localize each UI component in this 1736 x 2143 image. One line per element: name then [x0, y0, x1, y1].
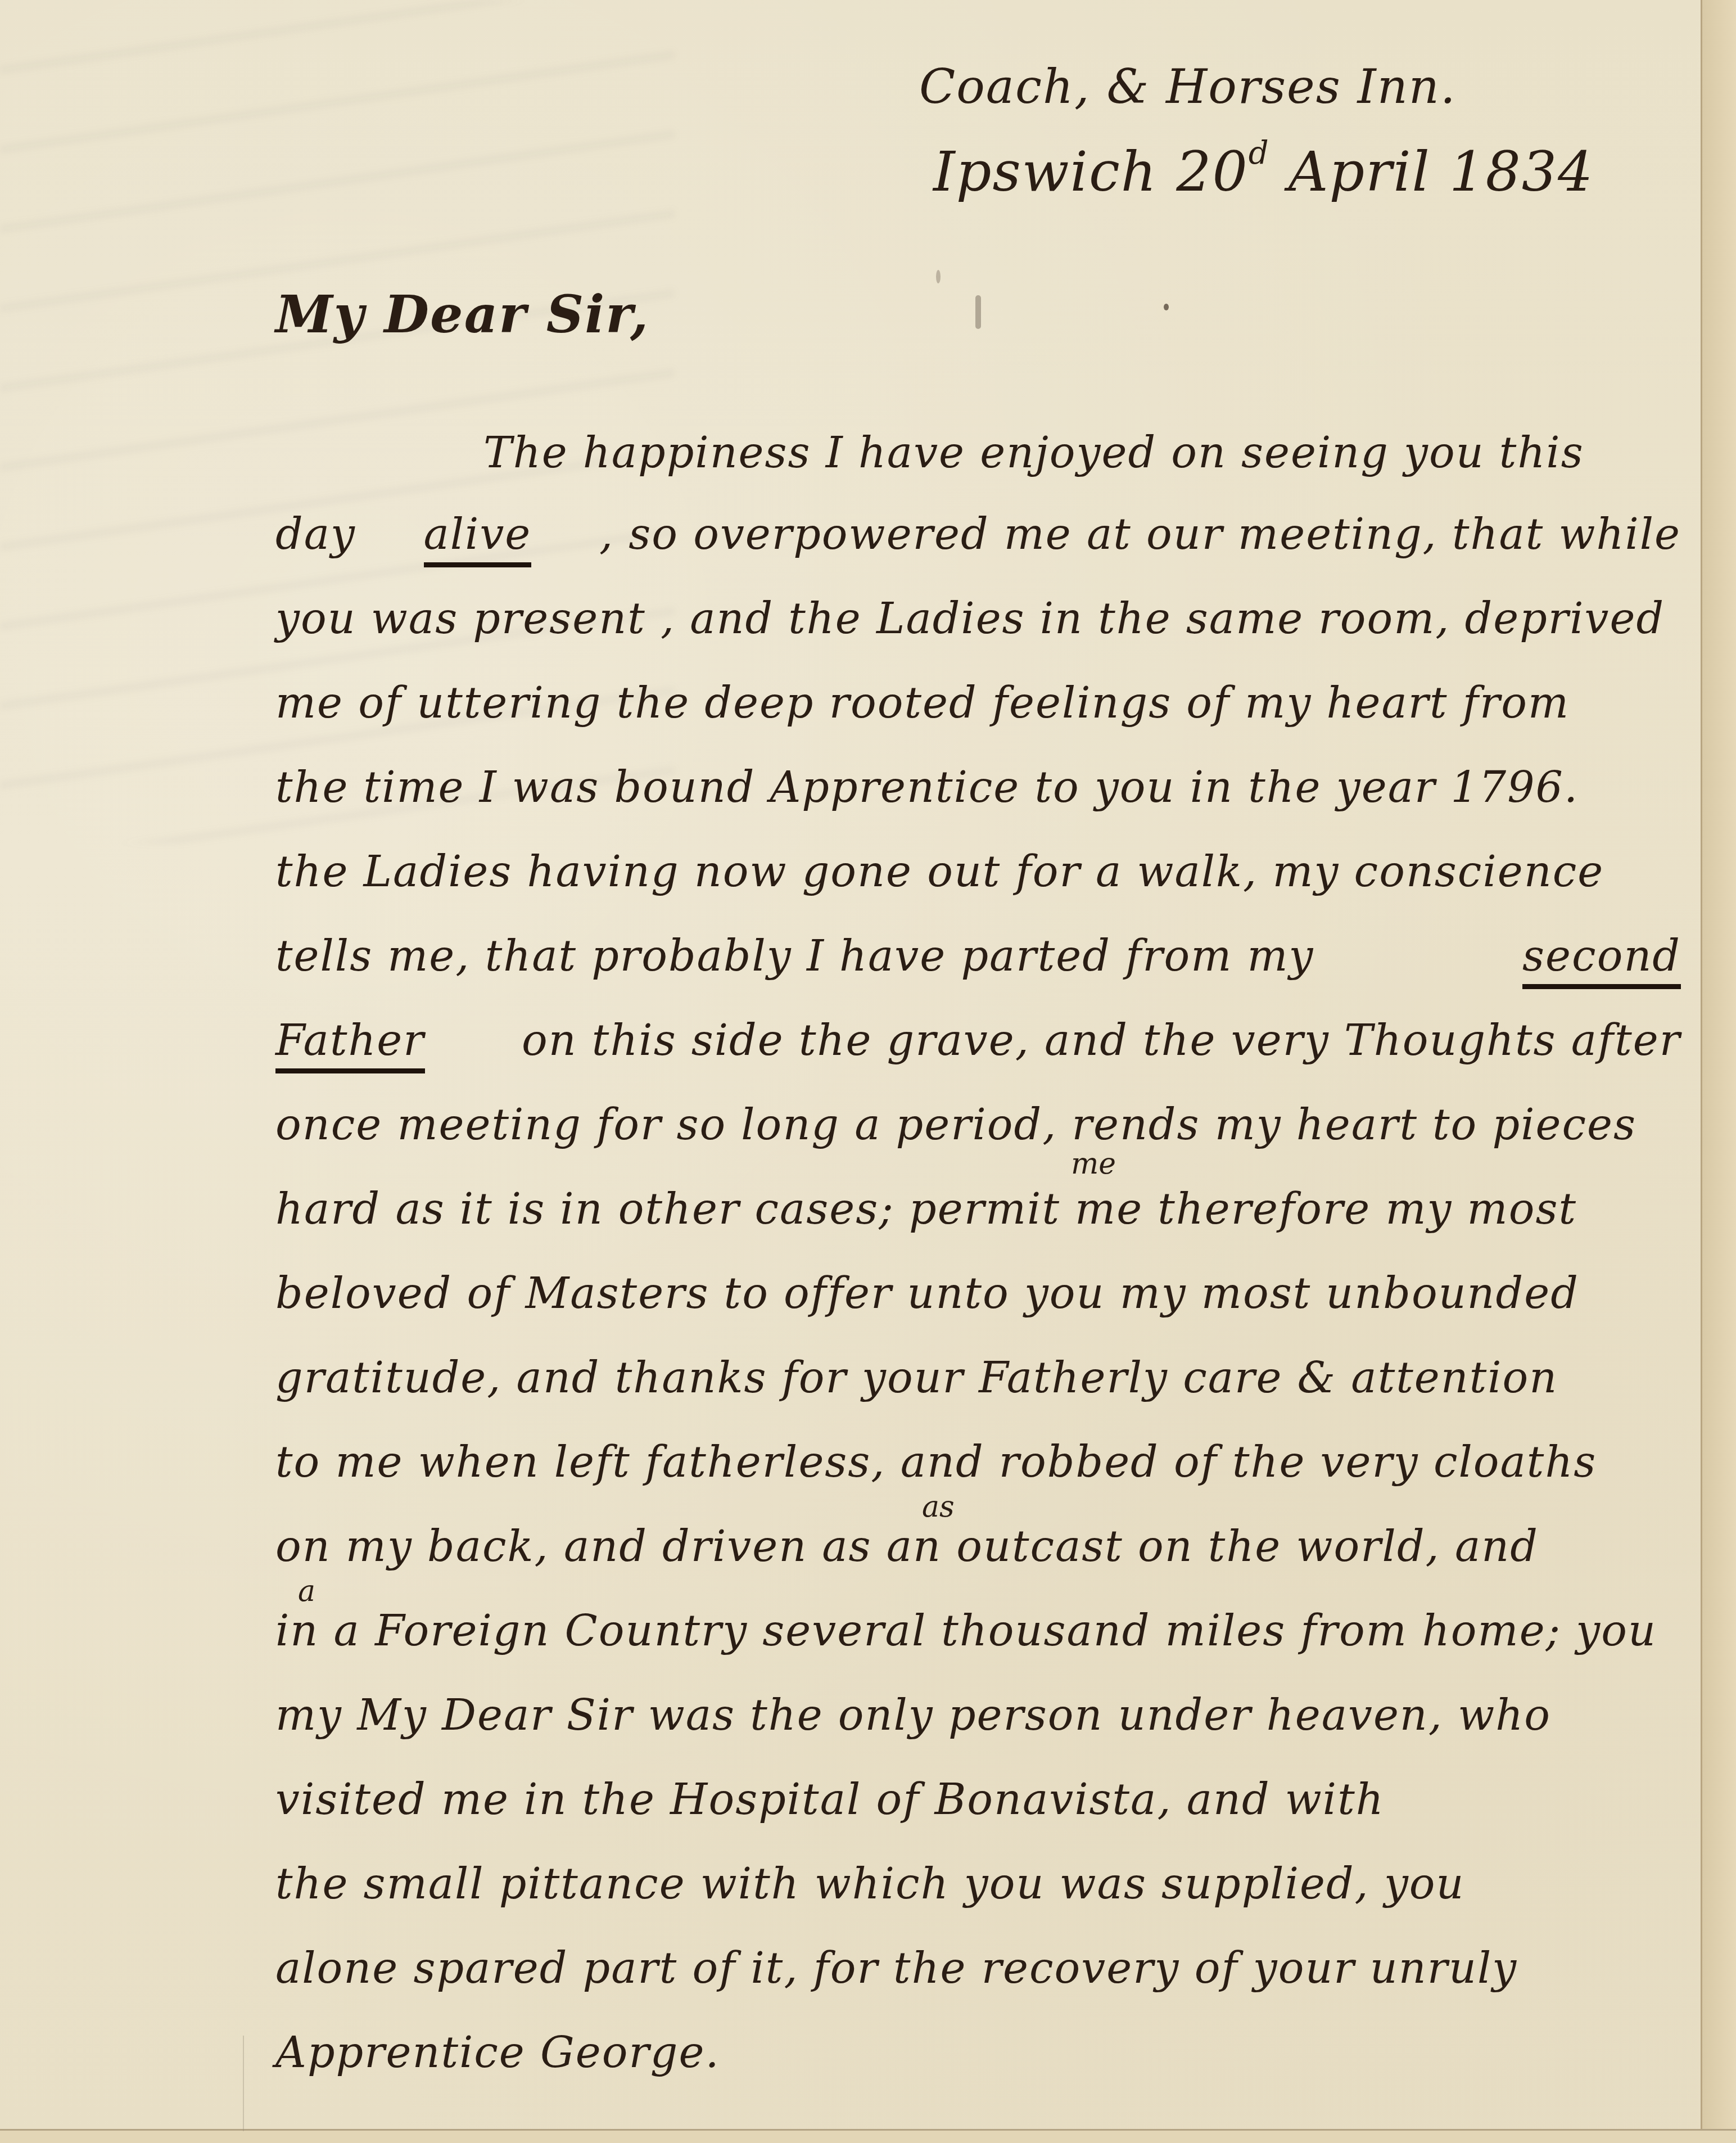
dateline-day: 20 [1176, 140, 1249, 204]
dateline-month: April [1289, 140, 1431, 204]
interlinear-insertion-me: me [1071, 1147, 1116, 1181]
fold-crease [243, 2036, 244, 2131]
letter-dateline: Ipswich 20d April 1834 [933, 135, 1594, 204]
letter-line-13: to me when left fatherless, and robbed o… [275, 1437, 1681, 1487]
letter-line-5: the time I was bound Apprentice to you i… [275, 762, 1681, 812]
dateline-place: Ipswich [933, 140, 1158, 204]
dateline-day-suffix: d [1249, 135, 1270, 172]
interlinear-insertion-as: as [922, 1490, 955, 1524]
letter-line-3: you was present , and the Ladies in the … [275, 593, 1681, 643]
letter-line-19: alone spared part of it, for the recover… [275, 1943, 1681, 1993]
page-edge-bottom [0, 2129, 1736, 2143]
letter-line-18: the small pittance with which you was su… [275, 1858, 1681, 1909]
letter-line-14: on my back, and driven as an outcast on … [275, 1521, 1681, 1571]
letter-line-11: beloved of Masters to offer unto you my … [275, 1268, 1681, 1318]
letter-location: Coach, & Horses Inn. [919, 59, 1457, 114]
letter-line-12: gratitude, and thanks for your Fatherly … [275, 1352, 1681, 1402]
letter-line-8: Father on this side the grave, and the v… [275, 1015, 1681, 1073]
letter-line-6: the Ladies having now gone out for a wal… [275, 846, 1681, 896]
dateline-year: 1834 [1449, 140, 1594, 204]
letter-line-7: tells me, that probably I have parted fr… [275, 931, 1681, 989]
letter-line-2: day alive , so overpowered me at our mee… [275, 509, 1681, 567]
interlinear-insertion-a: a [298, 1574, 315, 1608]
letter-line-4: me of uttering the deep rooted feelings … [275, 678, 1681, 728]
underlined-word-second: second [1522, 931, 1681, 989]
letter-line-9: once meeting for so long a period, rends… [275, 1099, 1681, 1149]
letter-line-1: The happiness I have enjoyed on seeing y… [483, 427, 1664, 477]
salutation: My Dear Sir, [275, 284, 649, 345]
ink-blot [975, 295, 981, 329]
letter-line-16: my My Dear Sir was the only person under… [275, 1690, 1681, 1740]
letter-line-15: in a Foreign Country several thousand mi… [275, 1605, 1681, 1655]
page-edge-right [1701, 0, 1736, 2143]
letter-page: Coach, & Horses Inn. Ipswich 20d April 1… [0, 0, 1736, 2143]
letter-line-17: visited me in the Hospital of Bonavista,… [275, 1774, 1681, 1824]
ink-blot [936, 270, 941, 283]
ink-blot [1164, 304, 1169, 310]
underlined-word-father: Father [275, 1015, 425, 1073]
underlined-word-alive: alive [424, 509, 532, 567]
letter-line-10: hard as it is in other cases; permit me … [275, 1184, 1681, 1234]
letter-line-20-signature: Apprentice George. [275, 2027, 1681, 2077]
